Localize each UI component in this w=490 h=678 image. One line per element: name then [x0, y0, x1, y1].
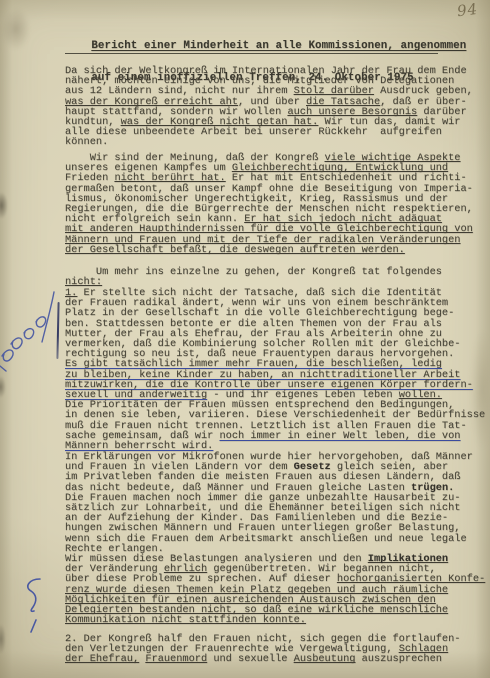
paper-background: 94 Bericht einer Minderheit an alle Komm… — [0, 0, 490, 678]
paragraph: 1. Er stellte sich nicht der Tatsache, d… — [65, 288, 485, 451]
page-number-annotation: 94 — [456, 0, 479, 20]
paragraph: Wir müssen diese Belastungen analysieren… — [65, 554, 485, 625]
handwriting-scribble-icon — [0, 286, 64, 376]
paragraph: 2. Der Kongreß half den Frauen nicht, si… — [65, 634, 460, 665]
text-run: Er stellte sich nicht der Tatsache, daß … — [65, 287, 460, 360]
title-underline-rule — [65, 53, 438, 54]
paragraph: Um mehr ins einzelne zu gehen, der Kongr… — [65, 267, 442, 287]
text-run: Die Frauen machen noch immer die ganze u… — [65, 492, 467, 555]
document-page: { "colors": { "paper": "#d7d0b4", "typew… — [0, 0, 490, 678]
paragraph: Wir sind der Meinung, daß der Kongreß vi… — [65, 153, 473, 255]
curly-bracket-icon — [22, 576, 52, 638]
text-run: auszusprechen — [355, 653, 442, 665]
scan-smudge — [2, 8, 30, 50]
text-run: und sexuelle — [207, 653, 294, 665]
text-run: Um mehr ins einzelne zu gehen, der Kongr… — [65, 266, 442, 278]
scan-smudge — [0, 624, 6, 654]
paragraph: Da sich der Weltkongreß im International… — [65, 66, 473, 148]
text-run: Ausbeutung — [294, 653, 356, 665]
scan-smudge — [0, 376, 6, 398]
paragraph: In Erklärungen vor Mikrofonen wurde hier… — [65, 452, 473, 554]
text-run: Frauenmord — [145, 653, 207, 665]
scan-smudge — [0, 192, 8, 219]
title-line-1: Bericht einer Minderheit an alle Kommiss… — [91, 40, 466, 52]
